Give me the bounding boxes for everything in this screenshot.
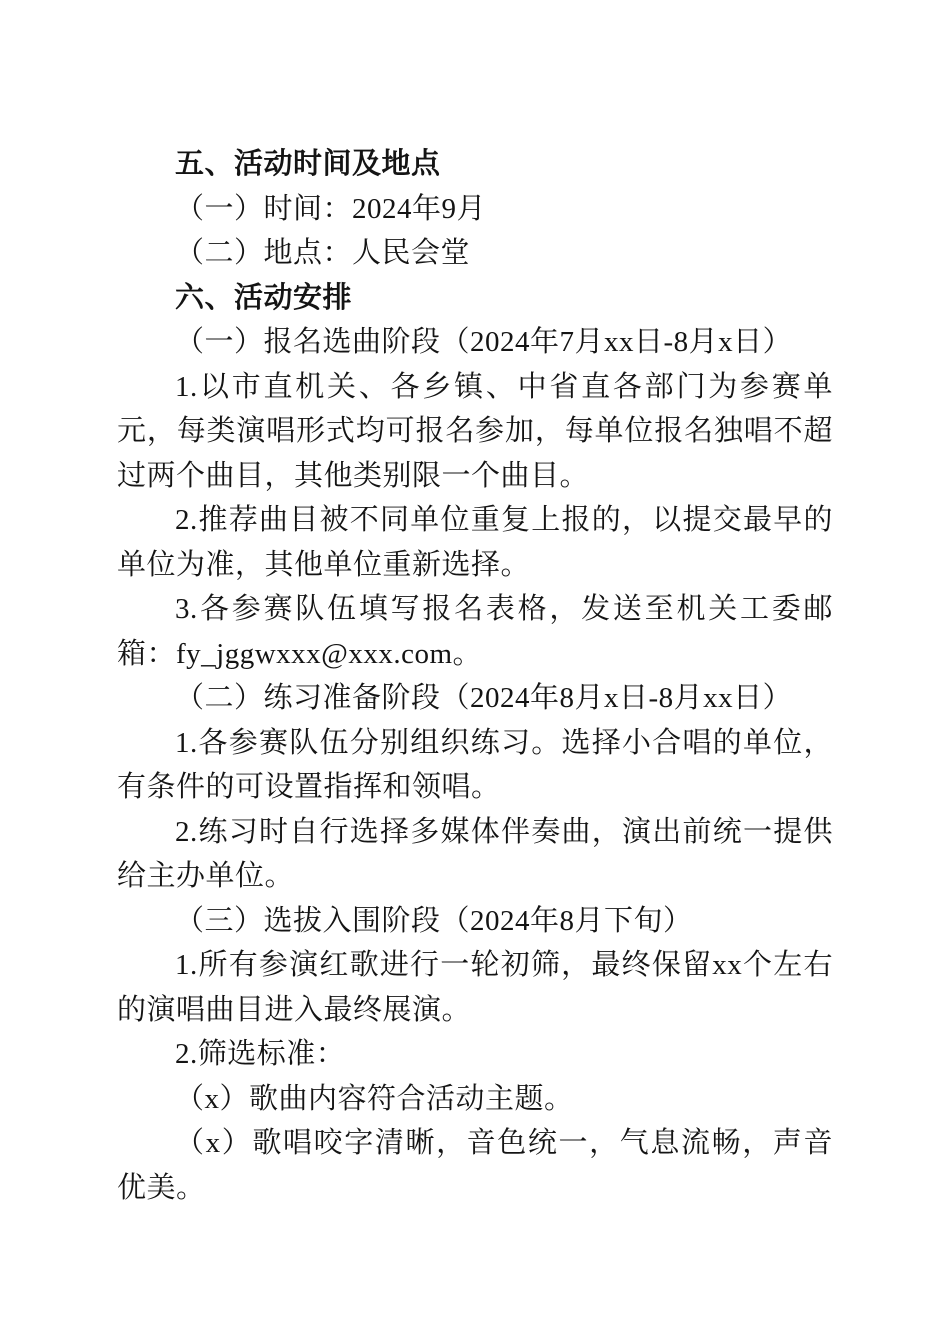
subheading-stage2-practice: （二）练习准备阶段（2024年8月x日-8月xx日） [117,676,833,721]
section-heading-six: 六、活动安排 [117,276,833,321]
paragraph-stage2-item1: 1.各参赛队伍分别组织练习。选择小合唱的单位，有条件的可设置指挥和领唱。 [117,721,833,810]
paragraph-stage1-item3-email: 3.各参赛队伍填写报名表格，发送至机关工委邮箱：fy_jggwxxx@xxx.c… [117,587,833,676]
subheading-stage3-selection: （三）选拔入围阶段（2024年8月下旬） [117,899,833,944]
paragraph-stage1-item2: 2.推荐曲目被不同单位重复上报的，以提交最早的单位为准，其他单位重新选择。 [117,498,833,587]
paragraph-stage3-item1: 1.所有参演红歌进行一轮初筛，最终保留xx个左右的演唱曲目进入最终展演。 [117,943,833,1032]
document-content: 五、活动时间及地点 （一）时间：2024年9月 （二）地点：人民会堂 六、活动安… [117,142,833,1210]
paragraph-criteria-voice: （x）歌唱咬字清晰，音色统一，气息流畅，声音优美。 [117,1121,833,1210]
subheading-stage1-registration: （一）报名选曲阶段（2024年7月xx日-8月x日） [117,320,833,365]
subheading-location: （二）地点：人民会堂 [117,231,833,276]
paragraph-stage2-item2: 2.练习时自行选择多媒体伴奏曲，演出前统一提供给主办单位。 [117,810,833,899]
subheading-time: （一）时间：2024年9月 [117,187,833,232]
paragraph-criteria-theme: （x）歌曲内容符合活动主题。 [117,1077,833,1122]
paragraph-stage3-item2-criteria: 2.筛选标准： [117,1032,833,1077]
paragraph-stage1-item1: 1.以市直机关、各乡镇、中省直各部门为参赛单元，每类演唱形式均可报名参加，每单位… [117,365,833,499]
section-heading-five: 五、活动时间及地点 [117,142,833,187]
document-page: 五、活动时间及地点 （一）时间：2024年9月 （二）地点：人民会堂 六、活动安… [0,0,950,1344]
